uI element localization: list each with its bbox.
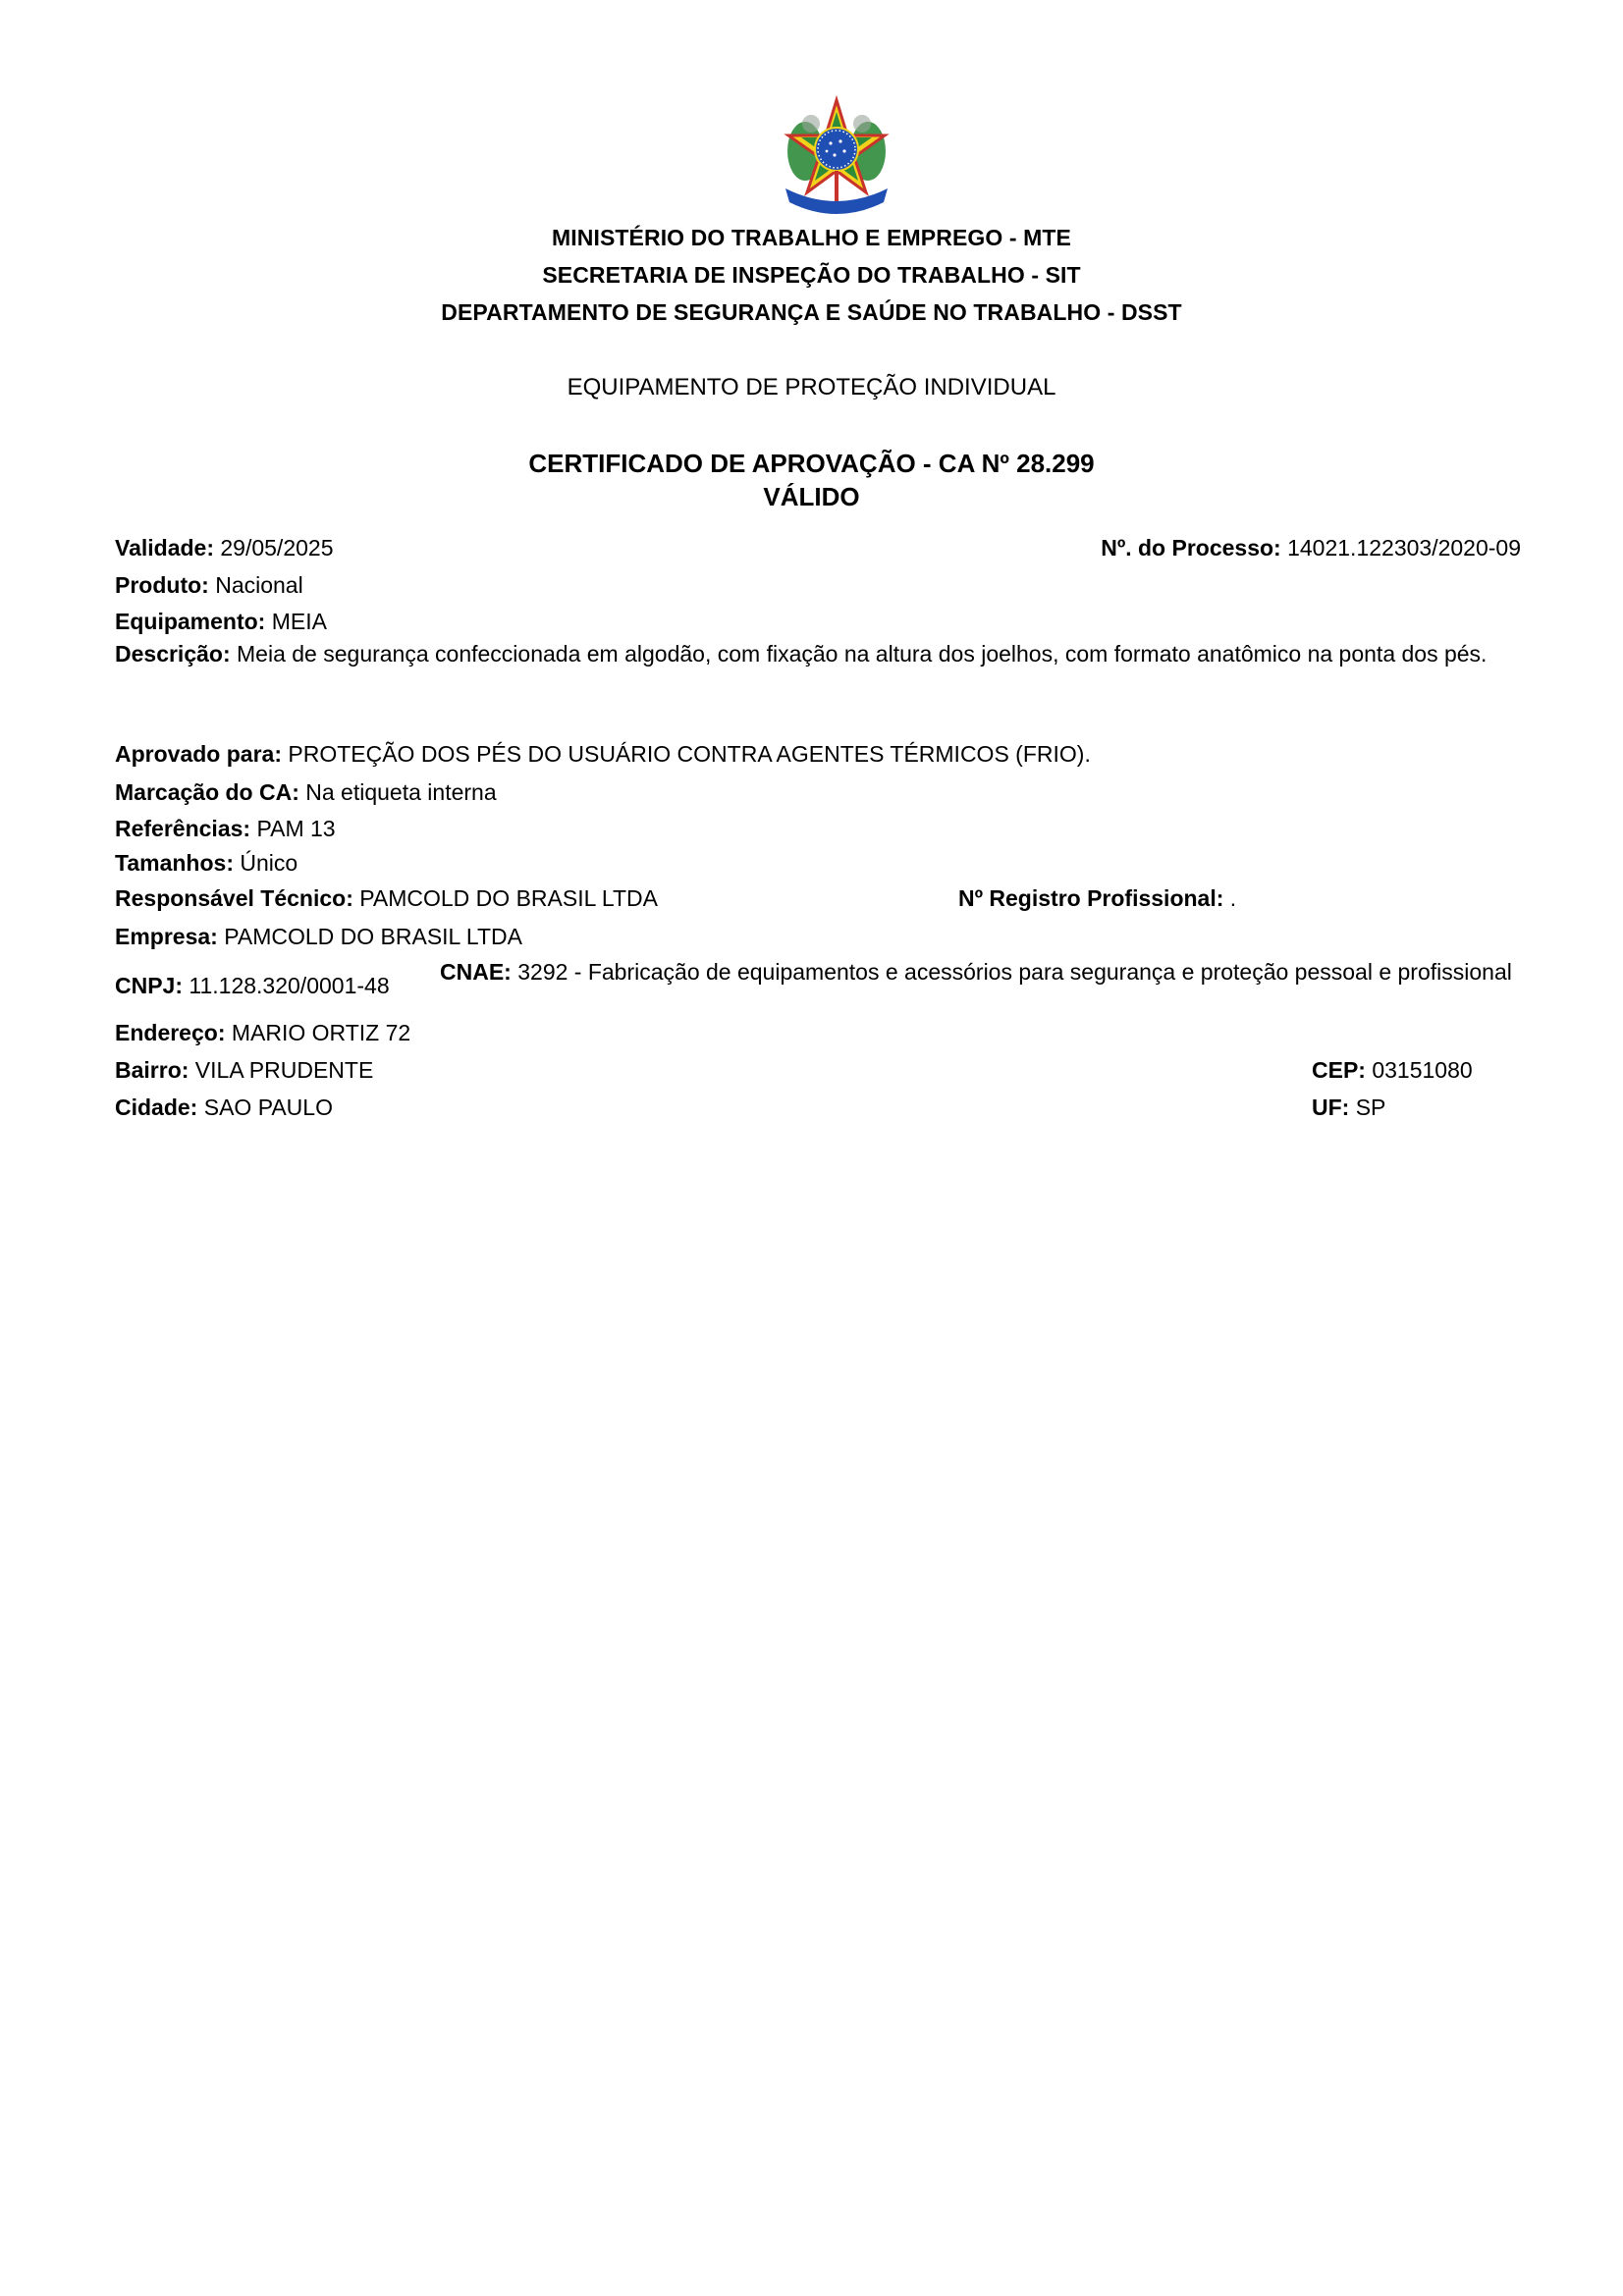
field-value: Na etiqueta interna: [305, 779, 496, 805]
field-label: Nº. do Processo:: [1101, 535, 1281, 561]
ministry-heading: MINISTÉRIO DO TRABALHO E EMPREGO - MTE: [0, 225, 1623, 251]
field-bairro: Bairro: VILA PRUDENTE: [115, 1055, 373, 1085]
field-validade: Validade: 29/05/2025: [115, 533, 334, 562]
field-tamanhos: Tamanhos: Único: [115, 848, 298, 878]
field-label: Bairro:: [115, 1057, 189, 1083]
department-heading: DEPARTAMENTO DE SEGURANÇA E SAÚDE NO TRA…: [0, 299, 1623, 326]
field-label: CNAE:: [440, 959, 512, 985]
field-value: 3292 - Fabricação de equipamentos e aces…: [517, 959, 1512, 985]
field-value: PAM 13: [256, 816, 335, 841]
field-label: Tamanhos:: [115, 850, 234, 876]
field-label: UF:: [1312, 1095, 1349, 1120]
field-label: Empresa:: [115, 924, 218, 949]
field-cnae: CNAE: 3292 - Fabricação de equipamentos …: [440, 957, 1521, 987]
field-value: 29/05/2025: [220, 535, 333, 561]
certificate-title-block: CERTIFICADO DE APROVAÇÃO - CA Nº 28.299 …: [0, 447, 1623, 513]
field-label: Cidade:: [115, 1095, 197, 1120]
field-label: Equipamento:: [115, 609, 265, 634]
field-cidade: Cidade: SAO PAULO: [115, 1093, 333, 1122]
field-label: Produto:: [115, 572, 209, 598]
field-referencias: Referências: PAM 13: [115, 814, 336, 843]
field-cep: CEP: 03151080: [1312, 1055, 1473, 1085]
field-responsavel-tecnico: Responsável Técnico: PAMCOLD DO BRASIL L…: [115, 883, 658, 913]
certificate-title: CERTIFICADO DE APROVAÇÃO - CA Nº 28.299: [0, 447, 1623, 480]
field-produto: Produto: Nacional: [115, 570, 303, 600]
field-value: SP: [1356, 1095, 1386, 1120]
field-aprovado-para: Aprovado para: PROTEÇÃO DOS PÉS DO USUÁR…: [115, 739, 1091, 769]
field-label: CEP:: [1312, 1057, 1366, 1083]
field-value: VILA PRUDENTE: [195, 1057, 374, 1083]
field-marcacao: Marcação do CA: Na etiqueta interna: [115, 777, 497, 807]
field-equipamento: Equipamento: MEIA: [115, 607, 327, 636]
field-label: Responsável Técnico:: [115, 885, 353, 911]
field-value: 03151080: [1372, 1057, 1472, 1083]
field-uf: UF: SP: [1312, 1093, 1385, 1122]
field-value: 14021.122303/2020-09: [1287, 535, 1521, 561]
field-value: .: [1230, 885, 1236, 911]
field-value: Único: [240, 850, 298, 876]
field-label: Referências:: [115, 816, 250, 841]
secretariat-heading: SECRETARIA DE INSPEÇÃO DO TRABALHO - SIT: [0, 262, 1623, 289]
field-processo: Nº. do Processo: 14021.122303/2020-09: [1101, 533, 1521, 562]
field-value: SAO PAULO: [204, 1095, 333, 1120]
field-endereco: Endereço: MARIO ORTIZ 72: [115, 1018, 410, 1047]
field-value: MEIA: [272, 609, 327, 634]
field-value: PAMCOLD DO BRASIL LTDA: [359, 885, 658, 911]
field-label: Nº Registro Profissional:: [958, 885, 1223, 911]
field-cnpj: CNPJ: 11.128.320/0001-48: [115, 971, 390, 1000]
field-value: PAMCOLD DO BRASIL LTDA: [224, 924, 522, 949]
field-label: Marcação do CA:: [115, 779, 299, 805]
field-empresa: Empresa: PAMCOLD DO BRASIL LTDA: [115, 922, 522, 951]
field-label: Endereço:: [115, 1020, 225, 1045]
certificate-page: MINISTÉRIO DO TRABALHO E EMPREGO - MTE S…: [0, 0, 1623, 2296]
field-label: Aprovado para:: [115, 741, 282, 767]
brazil-coat-of-arms-icon: [776, 94, 897, 216]
certificate-status: VÁLIDO: [0, 480, 1623, 513]
document-subtitle: EQUIPAMENTO DE PROTEÇÃO INDIVIDUAL: [0, 374, 1623, 401]
field-value: PROTEÇÃO DOS PÉS DO USUÁRIO CONTRA AGENT…: [288, 741, 1090, 767]
field-descricao: Descrição: Meia de segurança confecciona…: [115, 639, 1521, 668]
field-label: Descrição:: [115, 641, 231, 667]
field-value: 11.128.320/0001-48: [189, 973, 389, 998]
field-value: Meia de segurança confeccionada em algod…: [237, 641, 1487, 667]
field-value: MARIO ORTIZ 72: [232, 1020, 410, 1045]
field-value: Nacional: [215, 572, 303, 598]
field-label: Validade:: [115, 535, 214, 561]
field-registro-profissional: Nº Registro Profissional: .: [958, 883, 1236, 913]
field-label: CNPJ:: [115, 973, 183, 998]
